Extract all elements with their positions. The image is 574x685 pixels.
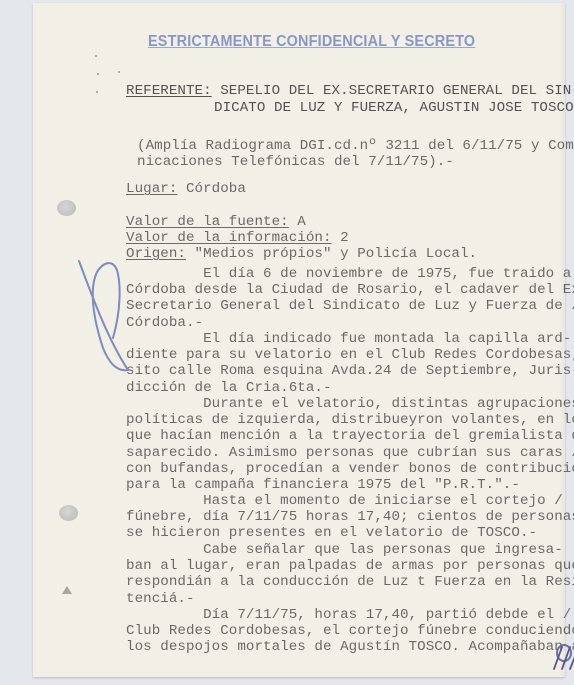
referente-label: REFERENTE: — [126, 83, 212, 99]
body-line: los despojos mortales de Agustín TOSCO. … — [126, 639, 574, 655]
paper-mark — [62, 586, 72, 594]
body-line: Hasta el momento de iniciarse el cortejo… — [126, 493, 563, 509]
body-line: saparecido. Asimismo personas que cubría… — [126, 445, 574, 461]
origen-label: Origen: — [126, 246, 186, 262]
origen-value: "Medios própios" y Policía Local. — [186, 246, 477, 262]
fuente-label: Valor de la fuente: — [126, 214, 289, 230]
origen-line: Origen: "Medios própios" y Policía Local… — [126, 246, 477, 262]
referente-line-2: DICATO DE LUZ Y FUERZA, AGUSTIN JOSE TOS… — [214, 100, 574, 116]
body-line: diente para su velatorio en el Club Rede… — [126, 347, 574, 363]
body-line: políticas de izquierda, distribueyron vo… — [126, 412, 574, 428]
informacion-line: Valor de la información: 2 — [126, 230, 349, 246]
document-page: ESTRICTAMENTE CONFIDENCIAL Y SECRETO REF… — [33, 3, 565, 677]
body-line: Secretario General del Sindicato de Luz … — [126, 298, 574, 314]
referente-text-1: SEPELIO DEL EX.SECRETARIO GENERAL DEL SI… — [212, 83, 574, 99]
body-line: sito calle Roma esquina Avda.24 de Septi… — [126, 363, 574, 379]
body-line: fúnebre, día 7/11/75 horas 17,40; ciento… — [126, 509, 574, 525]
fuente-value: A — [289, 214, 306, 230]
informacion-label: Valor de la información: — [126, 230, 332, 246]
body-line: dicción de la Cria.6ta.- — [126, 380, 332, 396]
body-line: Córdoba desde la Ciudad de Rosario, el c… — [126, 282, 574, 298]
folio-number-mark-icon — [548, 643, 574, 673]
amplia-line-2: nicaciones Telefónicas del 7/11/75).- — [137, 154, 454, 170]
informacion-value: 2 — [332, 230, 349, 246]
lugar-value: Córdoba — [177, 181, 246, 197]
punch-hole — [59, 505, 78, 521]
body-line: se hicieron presentes en el velatorio de… — [126, 525, 537, 541]
body-line: para la campaña financiera 1975 del "P.R… — [126, 477, 520, 493]
lugar-line: Lugar: Córdoba — [126, 181, 246, 197]
referente-line-1: REFERENTE: SEPELIO DEL EX.SECRETARIO GEN… — [126, 83, 574, 99]
fuente-line: Valor de la fuente: A — [126, 214, 306, 230]
body-line: con bufandas, procedían a vender bonos d… — [126, 461, 574, 477]
body-line: que hacían mención a la trayectoria del … — [126, 428, 574, 444]
body-line: respondián a la conducción de Luz t Fuer… — [126, 574, 574, 590]
body-line: Córdoba.- — [126, 315, 203, 331]
body-line: Día 7/11/75, horas 17,40, partió debde e… — [126, 607, 571, 623]
amplia-line-1: (Amplía Radiograma DGI.cd.nº 3211 del 6/… — [137, 138, 574, 154]
body-line: Durante el velatorio, distintas agrupaci… — [126, 396, 574, 412]
body-line: Cabe señalar que las personas que ingres… — [126, 542, 563, 558]
punch-hole — [57, 200, 76, 216]
confidential-stamp: ESTRICTAMENTE CONFIDENCIAL Y SECRETO — [148, 33, 475, 51]
body-line: El día 6 de noviembre de 1975, fue traid… — [126, 266, 571, 282]
body-line: tenciá.- — [126, 591, 195, 607]
lugar-label: Lugar: — [126, 181, 177, 197]
body-line: El día indicado fue montada la capilla a… — [126, 331, 571, 347]
body-line: Club Redes Cordobesas, el cortejo fúnebr… — [126, 623, 574, 639]
body-line: ban al lugar, eran palpadas de armas por… — [126, 558, 574, 574]
handwritten-mark-icon — [73, 258, 133, 383]
